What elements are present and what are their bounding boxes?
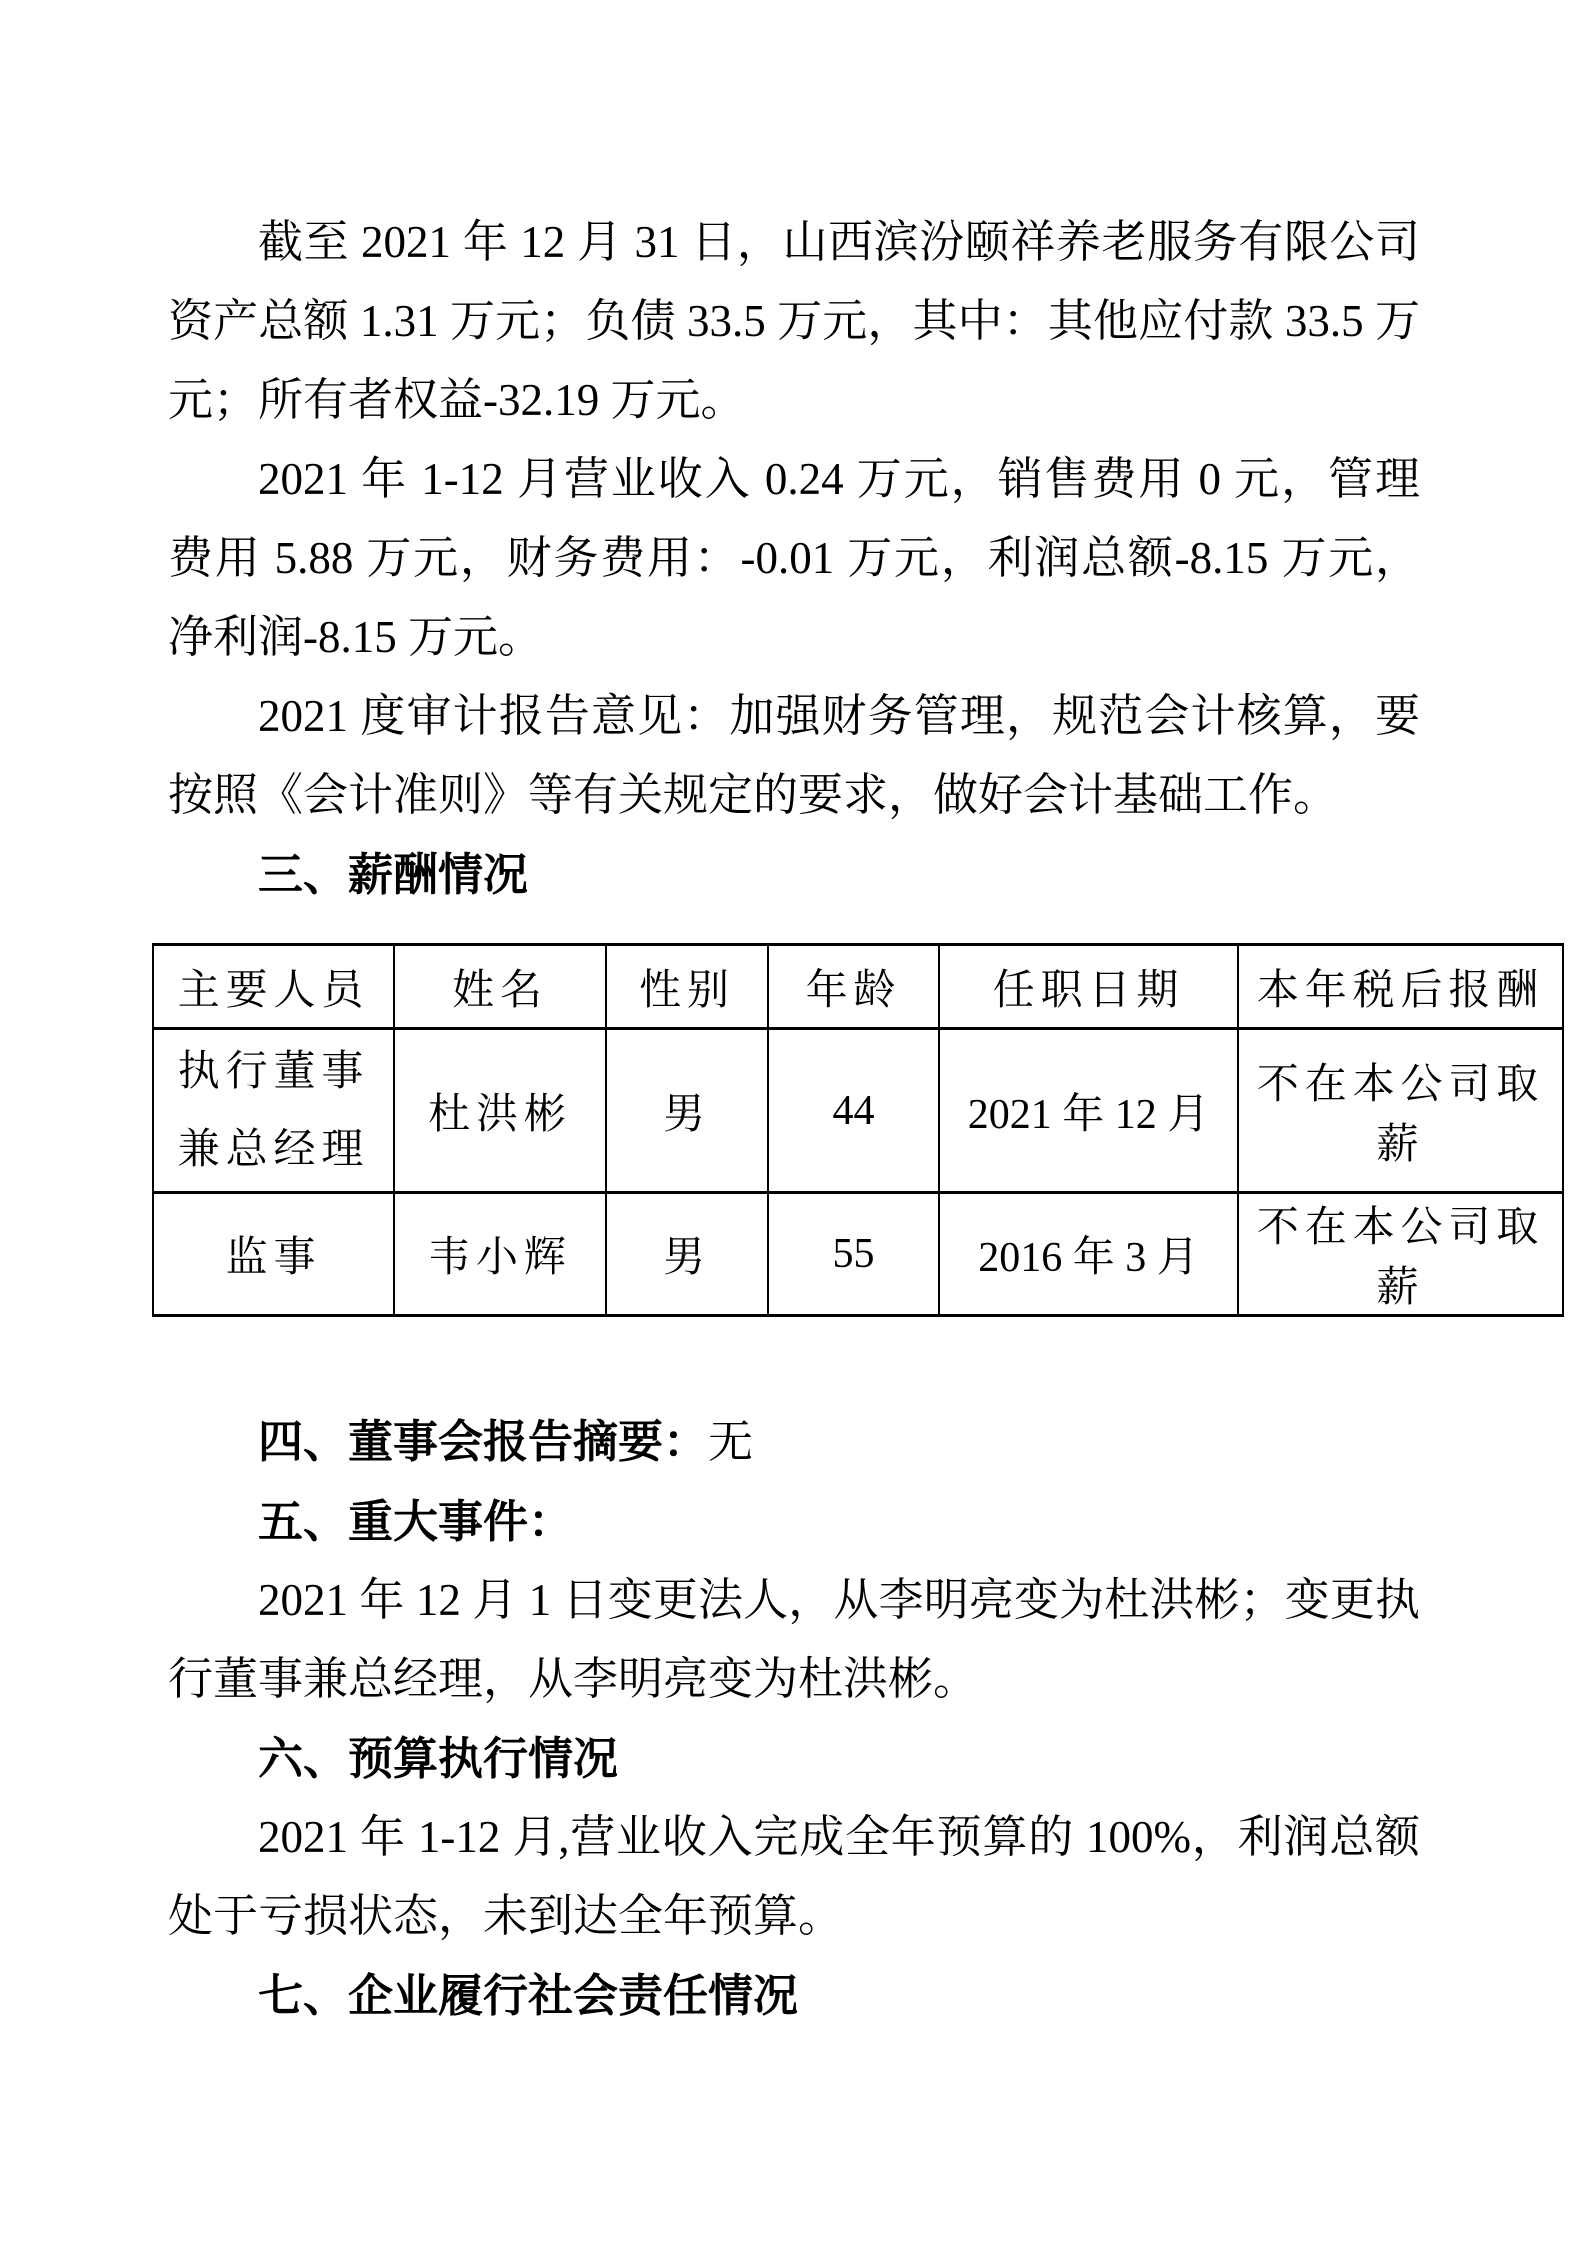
column-header-start-date: 任职日期 bbox=[939, 945, 1238, 1029]
salary-table-header-row: 主要人员 姓名 性别 年龄 任职日期 本年税后报酬 bbox=[153, 945, 1563, 1029]
cell-name: 杜洪彬 bbox=[394, 1029, 606, 1193]
column-header-name: 姓名 bbox=[394, 945, 606, 1029]
cell-role: 执行董事 兼总经理 bbox=[153, 1029, 394, 1193]
cell-start-date: 2016 年 3 月 bbox=[939, 1193, 1238, 1316]
column-header-salary: 本年税后报酬 bbox=[1238, 945, 1563, 1029]
cell-name: 韦小辉 bbox=[394, 1193, 606, 1316]
document-page: 截至 2021 年 12 月 31 日，山西滨汾颐祥养老服务有限公司资产总额 1… bbox=[0, 0, 1587, 2245]
paragraph-budget-execution: 2021 年 1-12 月,营业收入完成全年预算的 100%，利润总额处于亏损状… bbox=[168, 1798, 1420, 1956]
cell-start-date: 2021 年 12 月 bbox=[939, 1029, 1238, 1193]
cell-salary: 不在本公司取薪 bbox=[1238, 1193, 1563, 1316]
table-row-supervisor: 监事 韦小辉 男 55 2016 年 3 月 不在本公司取薪 bbox=[153, 1193, 1563, 1316]
heading-board-report-value: 无 bbox=[708, 1417, 753, 1467]
cell-age: 55 bbox=[768, 1193, 939, 1316]
role-line-1: 执行董事 bbox=[154, 1033, 393, 1111]
paragraph-major-events: 2021 年 12 月 1 日变更法人，从李明亮变为杜洪彬；变更执行董事兼总经理… bbox=[168, 1561, 1420, 1719]
document-body: 截至 2021 年 12 月 31 日，山西滨汾颐祥养老服务有限公司资产总额 1… bbox=[0, 0, 1587, 2035]
cell-role: 监事 bbox=[153, 1193, 394, 1316]
role-line-2: 兼总经理 bbox=[154, 1111, 393, 1189]
heading-board-report: 四、董事会报告摘要：无 bbox=[168, 1402, 1420, 1482]
heading-board-report-label: 四、董事会报告摘要： bbox=[258, 1415, 708, 1468]
column-header-gender: 性别 bbox=[606, 945, 768, 1029]
column-header-role: 主要人员 bbox=[153, 945, 394, 1029]
table-row-director: 执行董事 兼总经理 杜洪彬 男 44 2021 年 12 月 不在本公司取薪 bbox=[153, 1029, 1563, 1193]
paragraph-income: 2021 年 1-12 月营业收入 0.24 万元，销售费用 0 元，管理费用 … bbox=[168, 440, 1420, 677]
column-header-age: 年龄 bbox=[768, 945, 939, 1029]
heading-social-responsibility: 七、企业履行社会责任情况 bbox=[168, 1956, 1420, 2035]
cell-gender: 男 bbox=[606, 1193, 768, 1316]
heading-budget-execution: 六、预算执行情况 bbox=[168, 1719, 1420, 1798]
heading-salary-section: 三、薪酬情况 bbox=[168, 835, 1420, 914]
lower-sections: 四、董事会报告摘要：无 五、重大事件： 2021 年 12 月 1 日变更法人，… bbox=[168, 1402, 1420, 2035]
heading-major-events: 五、重大事件： bbox=[168, 1482, 1420, 1561]
paragraph-assets: 截至 2021 年 12 月 31 日，山西滨汾颐祥养老服务有限公司资产总额 1… bbox=[168, 203, 1420, 440]
cell-gender: 男 bbox=[606, 1029, 768, 1193]
cell-age: 44 bbox=[768, 1029, 939, 1193]
salary-table: 主要人员 姓名 性别 年龄 任职日期 本年税后报酬 执行董事 兼总经理 杜洪彬 … bbox=[152, 943, 1564, 1317]
paragraph-audit: 2021 度审计报告意见：加强财务管理，规范会计核算，要按照《会计准则》等有关规… bbox=[168, 677, 1420, 835]
cell-salary: 不在本公司取薪 bbox=[1238, 1029, 1563, 1193]
